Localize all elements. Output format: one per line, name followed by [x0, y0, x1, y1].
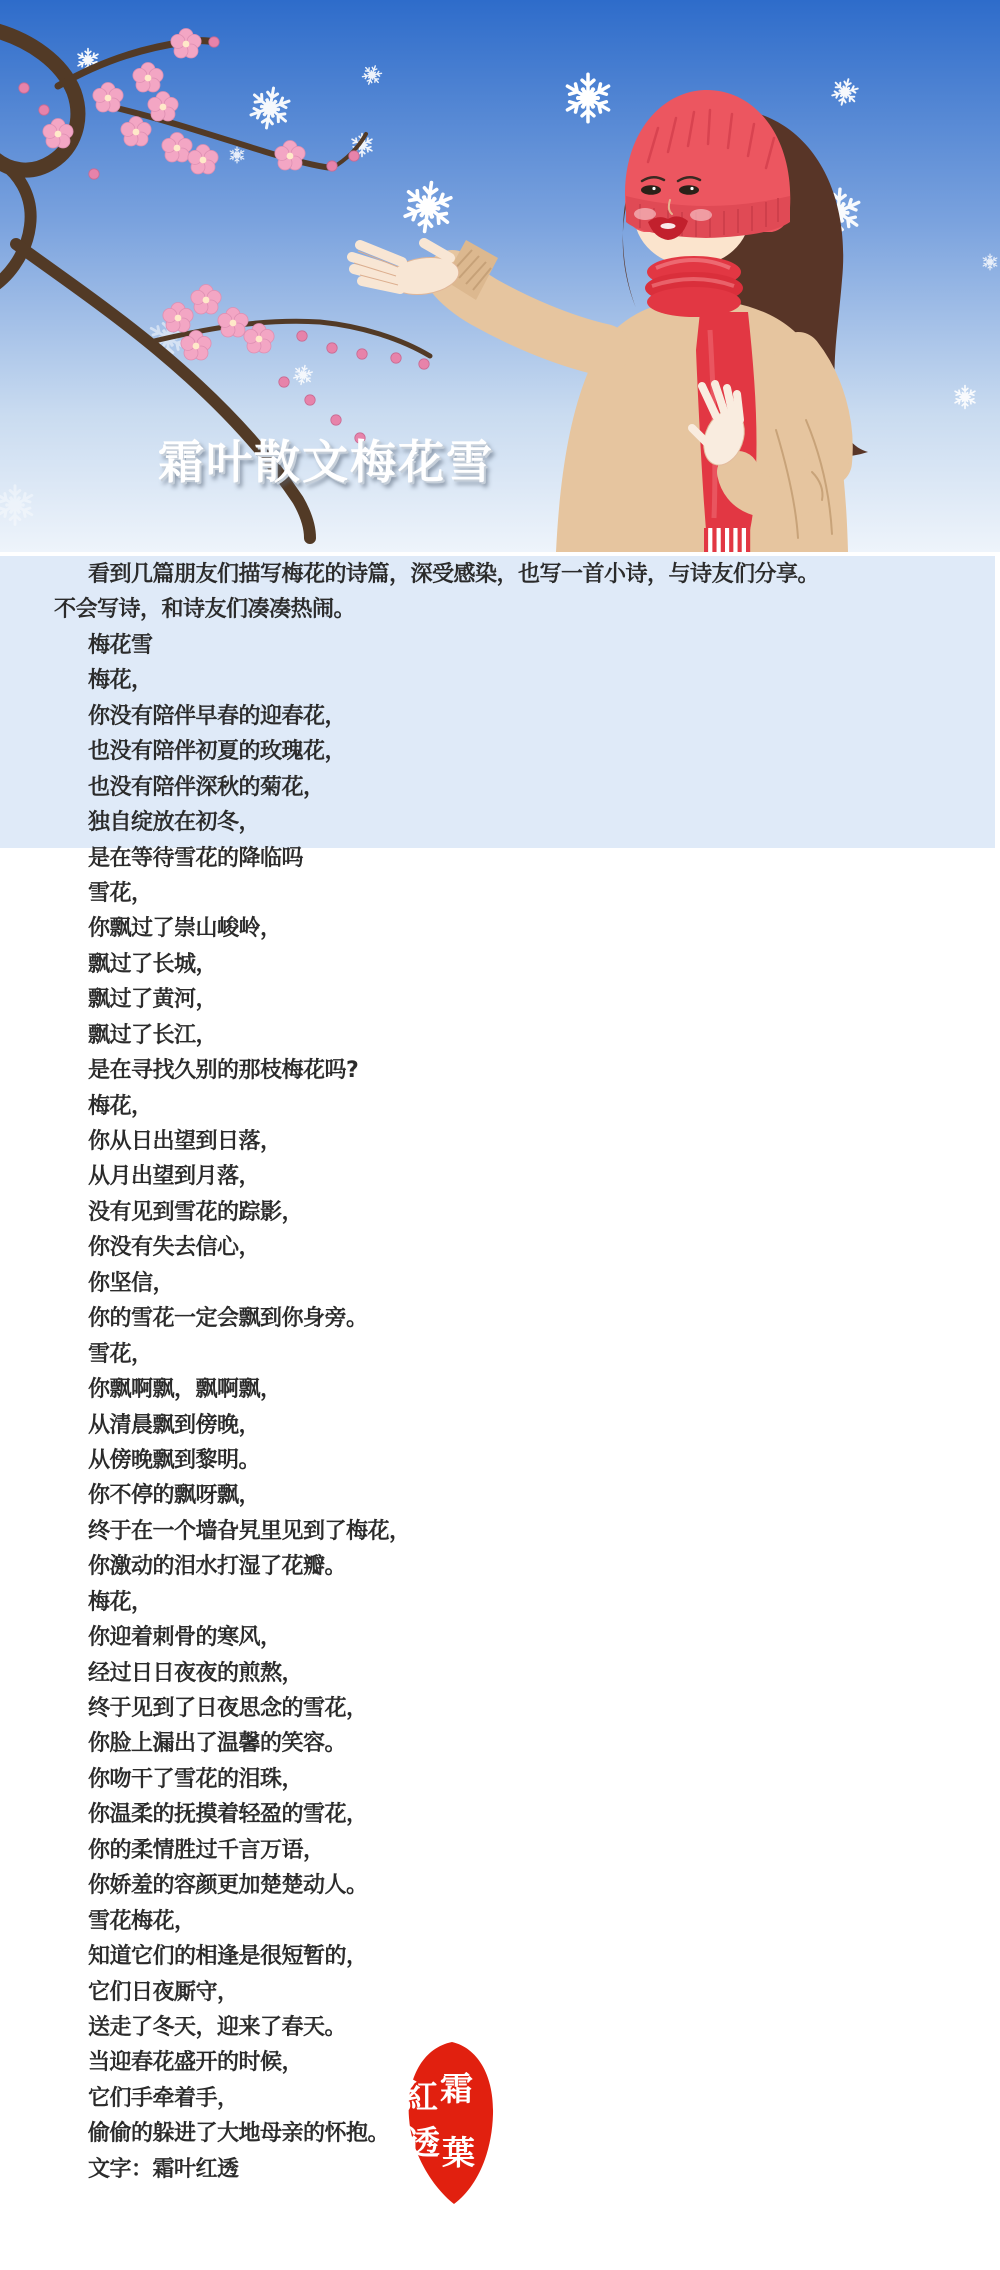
article-body: 看到几篇朋友们描写梅花的诗篇，深受感染，也写一首小诗，与诗友们分享。不会写诗，和… — [0, 557, 1000, 2187]
poem-line: 从傍晚飘到黎明。 — [0, 1443, 1000, 1478]
poem-line: 是在寻找久别的那枝梅花吗? — [0, 1053, 1000, 1088]
poem-line: 独自绽放在初冬， — [0, 805, 1000, 840]
plum-bud — [19, 83, 29, 93]
poem-line: 终于在一个墙旮旯里见到了梅花， — [0, 1514, 1000, 1549]
poem-line: 偷偷的躲进了大地母亲的怀抱。 — [0, 2116, 1000, 2151]
seal-char: 葉 — [442, 2133, 475, 2172]
author-seal: 霜 葉 紅 透 — [400, 2040, 500, 2208]
seal-char: 霜 — [440, 2069, 473, 2108]
poem-line: 从月出望到月落， — [0, 1159, 1000, 1194]
poem-line: 终于见到了日夜思念的雪花， — [0, 1691, 1000, 1726]
plum-bud — [209, 37, 219, 47]
poem-line: 经过日日夜夜的煎熬， — [0, 1656, 1000, 1691]
winter-scene — [0, 0, 1000, 552]
seal-stamp: 霜 葉 紅 透 — [400, 2040, 500, 2208]
poem-line: 梅花， — [0, 1089, 1000, 1124]
poem-line: 也没有陪伴深秋的菊花， — [0, 770, 1000, 805]
header-illustration: 霜叶散文梅花雪 — [0, 0, 1000, 552]
plum-bud — [305, 395, 315, 405]
poem-line: 也没有陪伴初夏的玫瑰花， — [0, 734, 1000, 769]
plum-bud — [89, 169, 99, 179]
poem-line: 你没有失去信心， — [0, 1230, 1000, 1265]
poem-line: 梅花， — [0, 663, 1000, 698]
page: 霜叶散文梅花雪 看到几篇朋友们描写梅花的诗篇，深受感染，也写一首小诗，与诗友们分… — [0, 0, 1000, 2270]
poem-line: 当迎春花盛开的时候， — [0, 2045, 1000, 2080]
poem-line: 飘过了长江， — [0, 1018, 1000, 1053]
plum-bud — [279, 377, 289, 387]
page-title: 霜叶散文梅花雪 — [158, 426, 494, 492]
poem-line: 你坚信， — [0, 1266, 1000, 1301]
poem-title: 梅花雪 — [0, 628, 1000, 663]
credit-line: 文字：霜叶红透 — [0, 2152, 1000, 2187]
plum-bud — [391, 353, 401, 363]
seal-char: 透 — [407, 2123, 440, 2162]
poem-line: 你娇羞的容颜更加楚楚动人。 — [0, 1868, 1000, 1903]
poem-line: 它们手牵着手， — [0, 2081, 1000, 2116]
plum-bud — [349, 151, 359, 161]
poem-line: 你的雪花一定会飘到你身旁。 — [0, 1301, 1000, 1336]
poem-line: 飘过了长城， — [0, 947, 1000, 982]
poem-line: 雪花， — [0, 876, 1000, 911]
poem-line: 你的柔情胜过千言万语， — [0, 1833, 1000, 1868]
poem-line: 你激动的泪水打湿了花瓣。 — [0, 1549, 1000, 1584]
plum-bud — [419, 359, 429, 369]
poem-line: 你飘啊飘，飘啊飘， — [0, 1372, 1000, 1407]
poem-line: 没有见到雪花的踪影， — [0, 1195, 1000, 1230]
poem-line: 雪花梅花， — [0, 1904, 1000, 1939]
seal-char: 紅 — [405, 2077, 438, 2116]
poem-line: 你没有陪伴早春的迎春花， — [0, 699, 1000, 734]
poem-line: 你不停的飘呀飘， — [0, 1478, 1000, 1513]
poem-line: 你脸上漏出了温馨的笑容。 — [0, 1726, 1000, 1761]
plum-bud — [327, 161, 337, 171]
intro-line: 看到几篇朋友们描写梅花的诗篇，深受感染，也写一首小诗，与诗友们分享。 — [0, 557, 1000, 592]
poem-line: 知道它们的相逢是很短暂的， — [0, 1939, 1000, 1974]
poem-line: 送走了冬天，迎来了春天。 — [0, 2010, 1000, 2045]
poem-line: 飘过了黄河， — [0, 982, 1000, 1017]
plum-bud — [327, 343, 337, 353]
plum-bud — [357, 349, 367, 359]
poem-line: 从清晨飘到傍晚， — [0, 1408, 1000, 1443]
poem-line: 它们日夜厮守， — [0, 1975, 1000, 2010]
intro-line: 不会写诗，和诗友们凑凑热闹。 — [0, 592, 1000, 627]
poem-line: 雪花， — [0, 1337, 1000, 1372]
poem-line: 你吻干了雪花的泪珠， — [0, 1762, 1000, 1797]
plum-bud — [331, 415, 341, 425]
poem-line: 梅花， — [0, 1585, 1000, 1620]
poem-line: 你从日出望到日落， — [0, 1124, 1000, 1159]
poem-line: 你温柔的抚摸着轻盈的雪花， — [0, 1797, 1000, 1832]
poem-line: 你飘过了崇山峻岭， — [0, 911, 1000, 946]
plum-bud — [39, 105, 49, 115]
poem-line: 是在等待雪花的降临吗 — [0, 841, 1000, 876]
poem-line: 你迎着刺骨的寒风， — [0, 1620, 1000, 1655]
scarf-fringe — [704, 528, 750, 552]
plum-bud — [297, 331, 307, 341]
